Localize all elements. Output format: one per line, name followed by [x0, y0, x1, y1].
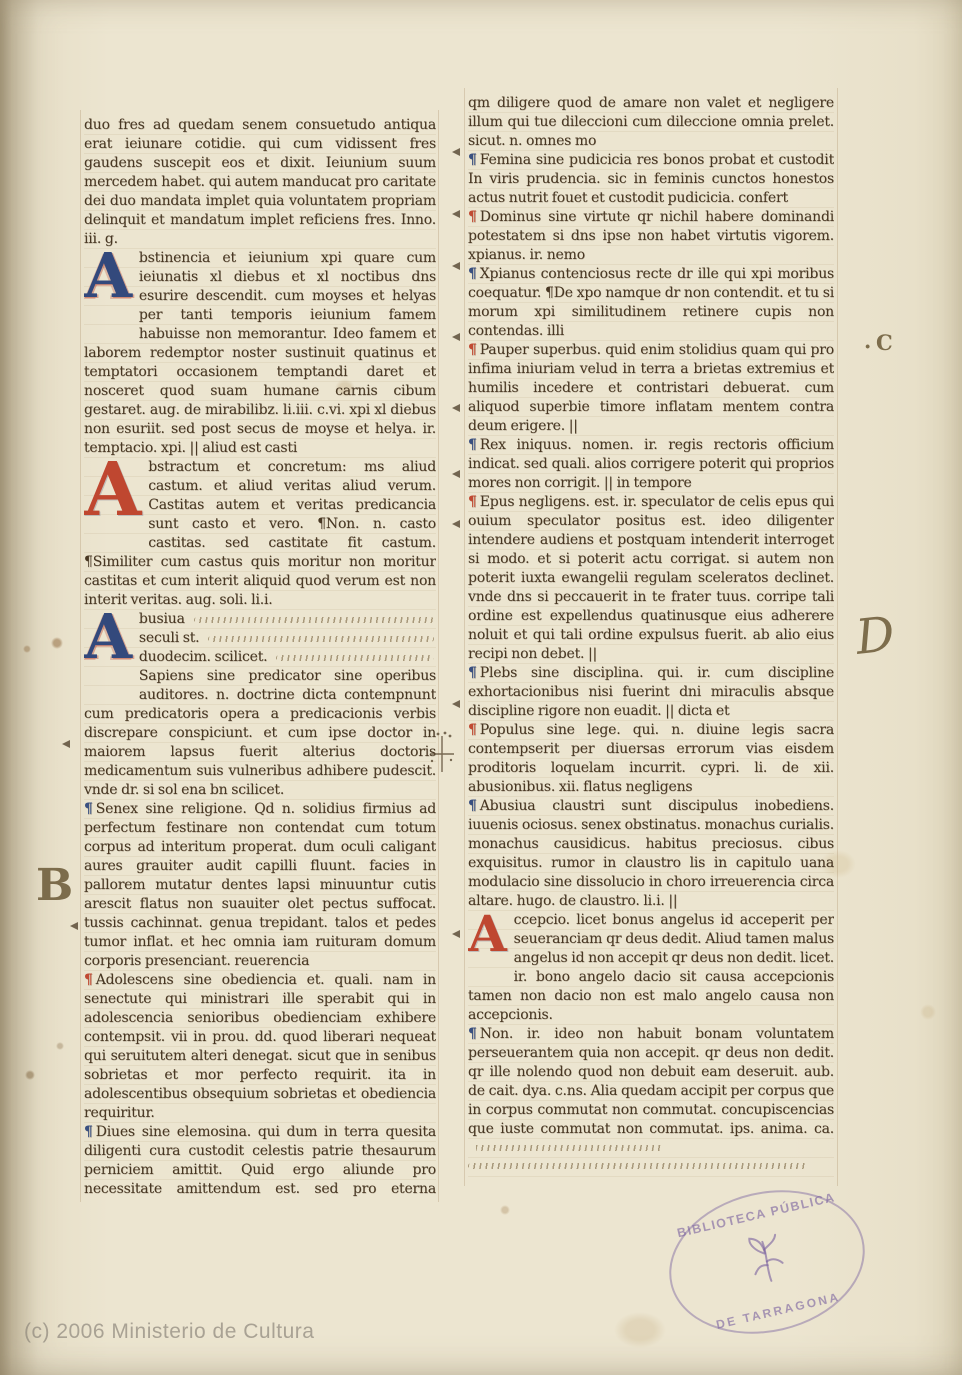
- paragraph-text: Dominus sine virtute qr nichil habere do…: [468, 209, 834, 263]
- paragraph-text: Non. ir. ideo non habuit bonam voluntate…: [468, 1026, 834, 1137]
- paragraph-text: duo fres ad quedam senem consuetudo anti…: [84, 117, 436, 247]
- paragraph-text: Diues sine elemosina. qui dum in terra q…: [84, 1124, 436, 1198]
- entry-header-line: duodecim. scilicet.: [139, 648, 436, 667]
- manuscript-paragraph: duo fres ad quedam senem consuetudo anti…: [84, 116, 436, 249]
- pilcrow-mark: ¶: [84, 801, 96, 817]
- pilcrow-mark: ¶: [468, 342, 480, 358]
- paraph-mark-icon: [452, 148, 460, 156]
- pilcrow-mark: ¶: [468, 437, 480, 453]
- paraph-mark-icon: [70, 922, 78, 930]
- manuscript-paragraph: ¶Diues sine elemosina. qui dum in terra …: [84, 1123, 436, 1198]
- pilcrow-mark: ¶: [468, 798, 480, 814]
- manuscript-page: duo fres ad quedam senem consuetudo anti…: [0, 0, 962, 1375]
- paraph-mark-icon: [452, 700, 460, 708]
- paragraph-text: Populus sine lege. qui. n. diuine legis …: [468, 722, 834, 795]
- illuminated-initial: A: [468, 913, 507, 970]
- penwork-line-filler-icon: [208, 636, 434, 642]
- paragraph-text: Sapiens sine predicator sine operibus au…: [84, 668, 436, 798]
- pilcrow-mark: ¶: [468, 665, 480, 681]
- paragraph-text: Xpianus contenciosus recte dr ille qui x…: [468, 266, 834, 339]
- text-column-left: duo fres ad quedam senem consuetudo anti…: [84, 116, 436, 1198]
- manuscript-paragraph: ¶Abusiua claustri sunt discipulus inobed…: [468, 797, 834, 911]
- penwork-line-filler-icon: [276, 655, 434, 661]
- paraph-mark-icon: [452, 262, 460, 270]
- pilcrow-mark: ¶: [468, 1026, 480, 1042]
- pilcrow-mark: ¶: [468, 722, 480, 738]
- paraph-mark-icon: [452, 470, 460, 478]
- penwork-line-filler-icon: [194, 617, 434, 623]
- paragraph-text: Senex sine religione. Qd n. solidius fir…: [84, 801, 436, 969]
- manuscript-paragraph: ¶Plebs sine disciplina. qui. ir. cum dis…: [468, 664, 834, 721]
- pilcrow-mark: ¶: [468, 209, 480, 225]
- copyright-notice: (c) 2006 Ministerio de Cultura: [24, 1320, 314, 1344]
- manuscript-paragraph: ¶Dominus sine virtute qr nichil habere d…: [468, 208, 834, 265]
- penwork-line-filler-icon: [468, 1163, 808, 1169]
- text-column-right: qm diligere quod de amare non valet et n…: [468, 94, 834, 1182]
- manuscript-paragraph: qm diligere quod de amare non valet et n…: [468, 94, 834, 151]
- manuscript-paragraph: Sapiens sine predicator sine operibus au…: [84, 667, 436, 800]
- illuminated-initial: A: [84, 612, 132, 688]
- paragraph-text: Plebs sine disciplina. qui. ir. cum disc…: [468, 665, 834, 719]
- paraph-mark-icon: [452, 404, 460, 412]
- paragraph-text: Adolescens sine obediencia et. quali. na…: [84, 972, 436, 1121]
- pilcrow-mark: ¶: [84, 1124, 96, 1140]
- ruling-line: [438, 110, 439, 1202]
- manuscript-paragraph: ¶Rex iniquus. nomen. ir. regis rectoris …: [468, 436, 834, 493]
- manuscript-paragraph: ¶Pauper superbus. quid enim stolidius qu…: [468, 341, 834, 436]
- pilcrow-mark: ¶: [468, 266, 480, 282]
- manuscript-paragraph: ¶Senex sine religione. Qd n. solidius fi…: [84, 800, 436, 971]
- paragraph-text: bstinencia et ieiunium xpi quare cum iei…: [84, 250, 436, 456]
- ruling-line: [464, 88, 465, 1186]
- ruling-line: [837, 88, 838, 1186]
- manuscript-paragraph: ¶Epus negligens. est. ir. speculator de …: [468, 493, 834, 664]
- paragraph-text: Epus negligens. est. ir. speculator de c…: [468, 494, 834, 662]
- margin-letter-b: B: [36, 860, 73, 911]
- manuscript-paragraph: Abusiuaseculi st.duodecim. scilicet.: [84, 610, 436, 667]
- paragraph-text: Abusiua claustri sunt discipulus inobedi…: [468, 798, 834, 909]
- manuscript-paragraph: Accepcio. licet bonus angelus id acceper…: [468, 911, 834, 1025]
- illuminated-initial: A: [84, 251, 132, 327]
- entry-header-line: seculi st.: [139, 629, 436, 648]
- paraph-mark-icon: [452, 520, 460, 528]
- manuscript-paragraph: ¶Femina sine pudicicia res bonos probat …: [468, 151, 834, 208]
- paragraph-text: qm diligere quod de amare non valet et n…: [468, 95, 834, 149]
- margin-letter-d: D: [853, 606, 897, 666]
- paragraph-text: Rex iniquus. nomen. ir. regis rectoris o…: [468, 437, 834, 491]
- pilcrow-mark: ¶: [468, 152, 480, 168]
- paraph-mark-icon: [62, 740, 70, 748]
- paragraph-text: Pauper superbus. quid enim stolidius qua…: [468, 342, 834, 434]
- paraph-mark-icon: [452, 333, 460, 341]
- manuscript-paragraph: ¶Populus sine lege. qui. n. diuine legis…: [468, 721, 834, 797]
- paragraph-text: Femina sine pudicicia res bonos probat e…: [468, 152, 834, 206]
- pen-cross-doodle-icon: [424, 728, 458, 788]
- manuscript-paragraph: ¶Xpianus contenciosus recte dr ille qui …: [468, 265, 834, 341]
- entry-header-line: busiua: [139, 610, 436, 629]
- pilcrow-mark: ¶: [468, 494, 480, 510]
- ruling-line: [80, 110, 81, 1202]
- pilcrow-mark: ¶: [84, 972, 96, 988]
- manuscript-paragraph: ¶Adolescens sine obediencia et. quali. n…: [84, 971, 436, 1123]
- penwork-line-filler-icon: [476, 1145, 661, 1151]
- paragraph-text: ccepcio. licet bonus angelus id acceperi…: [468, 912, 834, 1023]
- illuminated-initial: A: [84, 460, 141, 552]
- manuscript-paragraph: Abstractum et concretum: ms aliud castum…: [84, 458, 436, 610]
- paraph-mark-icon: [452, 930, 460, 938]
- library-stamp: BIBLIOTECA PÚBLICA DE TARRAGONA: [655, 1172, 879, 1353]
- manuscript-paragraph: Abstinencia et ieiunium xpi quare cum ie…: [84, 249, 436, 458]
- margin-letter-c: C: [876, 330, 893, 355]
- paraph-mark-icon: [452, 210, 460, 218]
- manuscript-paragraph: ¶Non. ir. ideo non habuit bonam voluntat…: [468, 1025, 834, 1169]
